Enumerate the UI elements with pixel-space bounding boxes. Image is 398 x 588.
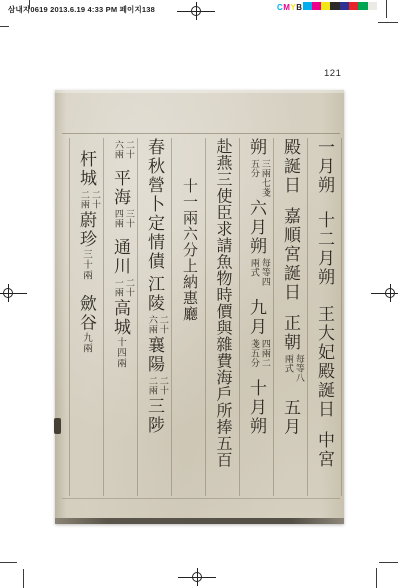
crosshair-circle (3, 288, 13, 298)
colorbar-letters: CMYB (277, 0, 303, 15)
main-text-run: 杆城 (77, 150, 96, 188)
main-text-run: 十二月朔 (315, 211, 334, 287)
annotation-small-run: 三十兩 (81, 249, 91, 281)
annotation-right-line: 二十 (124, 140, 135, 159)
proof-sheet: { "proof_header": { "text": "삼내지0619 201… (0, 0, 398, 588)
color-swatch (303, 2, 312, 10)
annotation-dual-column: 二十六兩 (113, 140, 135, 159)
annotation-right-line: 四兩二 (260, 339, 271, 368)
annotation-right-line: 二十 (90, 190, 101, 209)
annotation-dual-column: 四兩二戔五分 (249, 339, 271, 368)
main-text-run: 通川 (111, 238, 130, 276)
color-calibration-bar: CMYB (277, 1, 377, 10)
main-text-run: 嘉順宮誕日 (281, 207, 300, 302)
annotation-small-run: 十四兩 (115, 337, 125, 369)
annotation-dual-column: 三十四兩 (113, 209, 135, 228)
main-text-run: 中宮 (315, 431, 334, 469)
ink-blot (54, 418, 61, 434)
trim-mark-top-left-h-icon (0, 26, 9, 27)
main-text-run: 春秋營卜定情債 (145, 138, 164, 271)
crosshair-circle (191, 6, 201, 16)
annotation-left-line: 兩式 (249, 258, 260, 287)
column-gap (119, 230, 121, 238)
main-text-run: 正朝 (281, 314, 300, 352)
color-swatch (368, 2, 377, 10)
color-swatch (321, 2, 330, 10)
trim-mark-bottom-right-v-icon (376, 568, 377, 588)
colorbar-letter: C (277, 3, 283, 12)
colorbar-letter: B (296, 3, 302, 12)
annotation-dual-column: 二十六兩 (147, 315, 169, 334)
ms-col-4: 赴燕三使臣求請魚物時價與雜費海戶所捧五百 (205, 138, 239, 496)
column-gap (289, 195, 291, 207)
annotation-right-line: 二十 (158, 315, 169, 334)
annotation-dual-column: 二十二兩 (79, 190, 101, 209)
main-text-run: 殿誕日 (281, 138, 300, 195)
colorbar-letter: M (283, 3, 290, 12)
main-text-run: 一月朔 (315, 138, 334, 195)
main-text-run: 赴燕三使臣求請魚物時價與雜費海戶所捧五百 (214, 138, 231, 468)
ms-col-5: 十一兩六分上納惠廳 (171, 138, 205, 496)
color-swatch (312, 2, 321, 10)
main-text-run: 三陟 (145, 397, 164, 435)
annotation-dual-column: 二十二兩 (147, 376, 169, 395)
column-gap (323, 287, 325, 305)
page-number: 121 (324, 68, 341, 79)
main-text-run: 歛谷 (77, 295, 96, 333)
annotation-dual-column: 每等八兩式 (283, 354, 305, 383)
color-swatch (358, 2, 367, 10)
ms-col-8: 杆城二十二兩蔚珍三十兩歛谷九兩 (69, 138, 103, 496)
text-block-bottom-rule (62, 498, 340, 499)
main-text-run: 六月朔 (247, 199, 266, 256)
trim-mark-top-right-h-icon (378, 22, 398, 23)
annotation-dual-column: 三兩七戔五分 (249, 159, 271, 197)
manuscript-columns: 一月朔十二月朔王大妃殿誕日中宮殿誕日嘉順宮誕日正朝每等八兩式五月朔三兩七戔五分六… (69, 138, 342, 496)
column-gap (289, 385, 291, 399)
proof-slug-text: 삼내지0619 2013.6.19 4:33 PM 페이지138 (8, 4, 155, 15)
colorbar-swatches (303, 0, 377, 15)
annotation-left-line: 兩式 (283, 354, 294, 383)
main-text-run: 九月 (247, 299, 266, 337)
annotation-left-line: 五分 (249, 159, 260, 197)
main-text-run: 朔 (247, 138, 266, 157)
column-gap (85, 138, 87, 150)
ms-col-3: 朔三兩七戔五分六月朔每等四兩式九月四兩二戔五分十月朔 (239, 138, 273, 496)
column-gap (255, 289, 257, 299)
annotation-right-line: 二十 (124, 278, 135, 297)
annotation-small-run: 九兩 (81, 333, 91, 354)
registration-mark-bottom-icon (178, 568, 216, 586)
main-text-run: 五月 (281, 399, 300, 437)
annotation-left-line: 二兩 (147, 376, 158, 395)
column-gap (323, 419, 325, 431)
main-text-run: 平海 (111, 169, 130, 207)
main-text-run: 高城 (111, 299, 130, 337)
scan-top-edge (55, 90, 344, 93)
column-gap (323, 195, 325, 211)
annotation-left-line: 六兩 (147, 315, 158, 334)
colorbar-letter: Y (290, 3, 295, 12)
registration-mark-left-icon (0, 284, 27, 302)
registration-mark-top-icon (177, 2, 215, 20)
crosshair-circle (192, 572, 202, 582)
ms-col-7: 二十六兩平海三十四兩通川二十一兩高城十四兩 (103, 138, 137, 496)
ms-col-1: 一月朔十二月朔王大妃殿誕日中宮 (307, 138, 341, 496)
scan-bottom-edge (55, 518, 344, 524)
main-text-run: 襄陽 (145, 336, 164, 374)
color-swatch (349, 2, 358, 10)
annotation-left-line: 戔五分 (249, 339, 260, 368)
registration-mark-right-icon (371, 284, 398, 302)
text-block-top-rule (62, 133, 340, 134)
color-swatch (330, 2, 339, 10)
ms-col-2: 殿誕日嘉順宮誕日正朝每等八兩式五月 (273, 138, 307, 496)
annotation-right-line: 三十 (124, 209, 135, 228)
column-gap (85, 281, 87, 295)
color-swatch (340, 2, 349, 10)
manuscript-scan: 一月朔十二月朔王大妃殿誕日中宮殿誕日嘉順宮誕日正朝每等八兩式五月朔三兩七戔五分六… (55, 90, 344, 524)
column-gap (289, 302, 291, 314)
annotation-dual-column: 每等四兩式 (249, 258, 271, 287)
main-text-run: 十一兩六分上納惠廳 (181, 178, 197, 322)
main-text-run: 江陵 (145, 275, 164, 313)
annotation-right-line: 每等八 (294, 354, 305, 383)
trim-mark-bottom-left-h-icon (0, 562, 17, 563)
column-gap (255, 369, 257, 379)
trim-mark-top-left-v-icon (29, 0, 30, 9)
annotation-left-line: 二兩 (79, 190, 90, 209)
ms-col-6: 春秋營卜定情債江陵二十六兩襄陽二十二兩三陟 (137, 138, 171, 496)
annotation-left-line: 六兩 (113, 140, 124, 159)
annotation-right-line: 二十 (158, 376, 169, 395)
main-text-run: 蔚珍 (77, 211, 96, 249)
trim-mark-bottom-left-v-icon (23, 569, 24, 588)
annotation-left-line: 一兩 (113, 278, 124, 297)
column-gap (188, 138, 190, 178)
trim-mark-bottom-right-h-icon (379, 562, 398, 563)
main-text-run: 十月朔 (247, 379, 266, 436)
column-gap (119, 161, 121, 169)
annotation-right-line: 每等四 (260, 258, 271, 287)
annotation-dual-column: 二十一兩 (113, 278, 135, 297)
main-text-run: 王大妃殿誕日 (315, 305, 334, 419)
annotation-right-line: 三兩七戔 (260, 159, 271, 197)
annotation-left-line: 四兩 (113, 209, 124, 228)
trim-mark-top-right-v-icon (386, 0, 387, 18)
crosshair-circle (385, 288, 395, 298)
